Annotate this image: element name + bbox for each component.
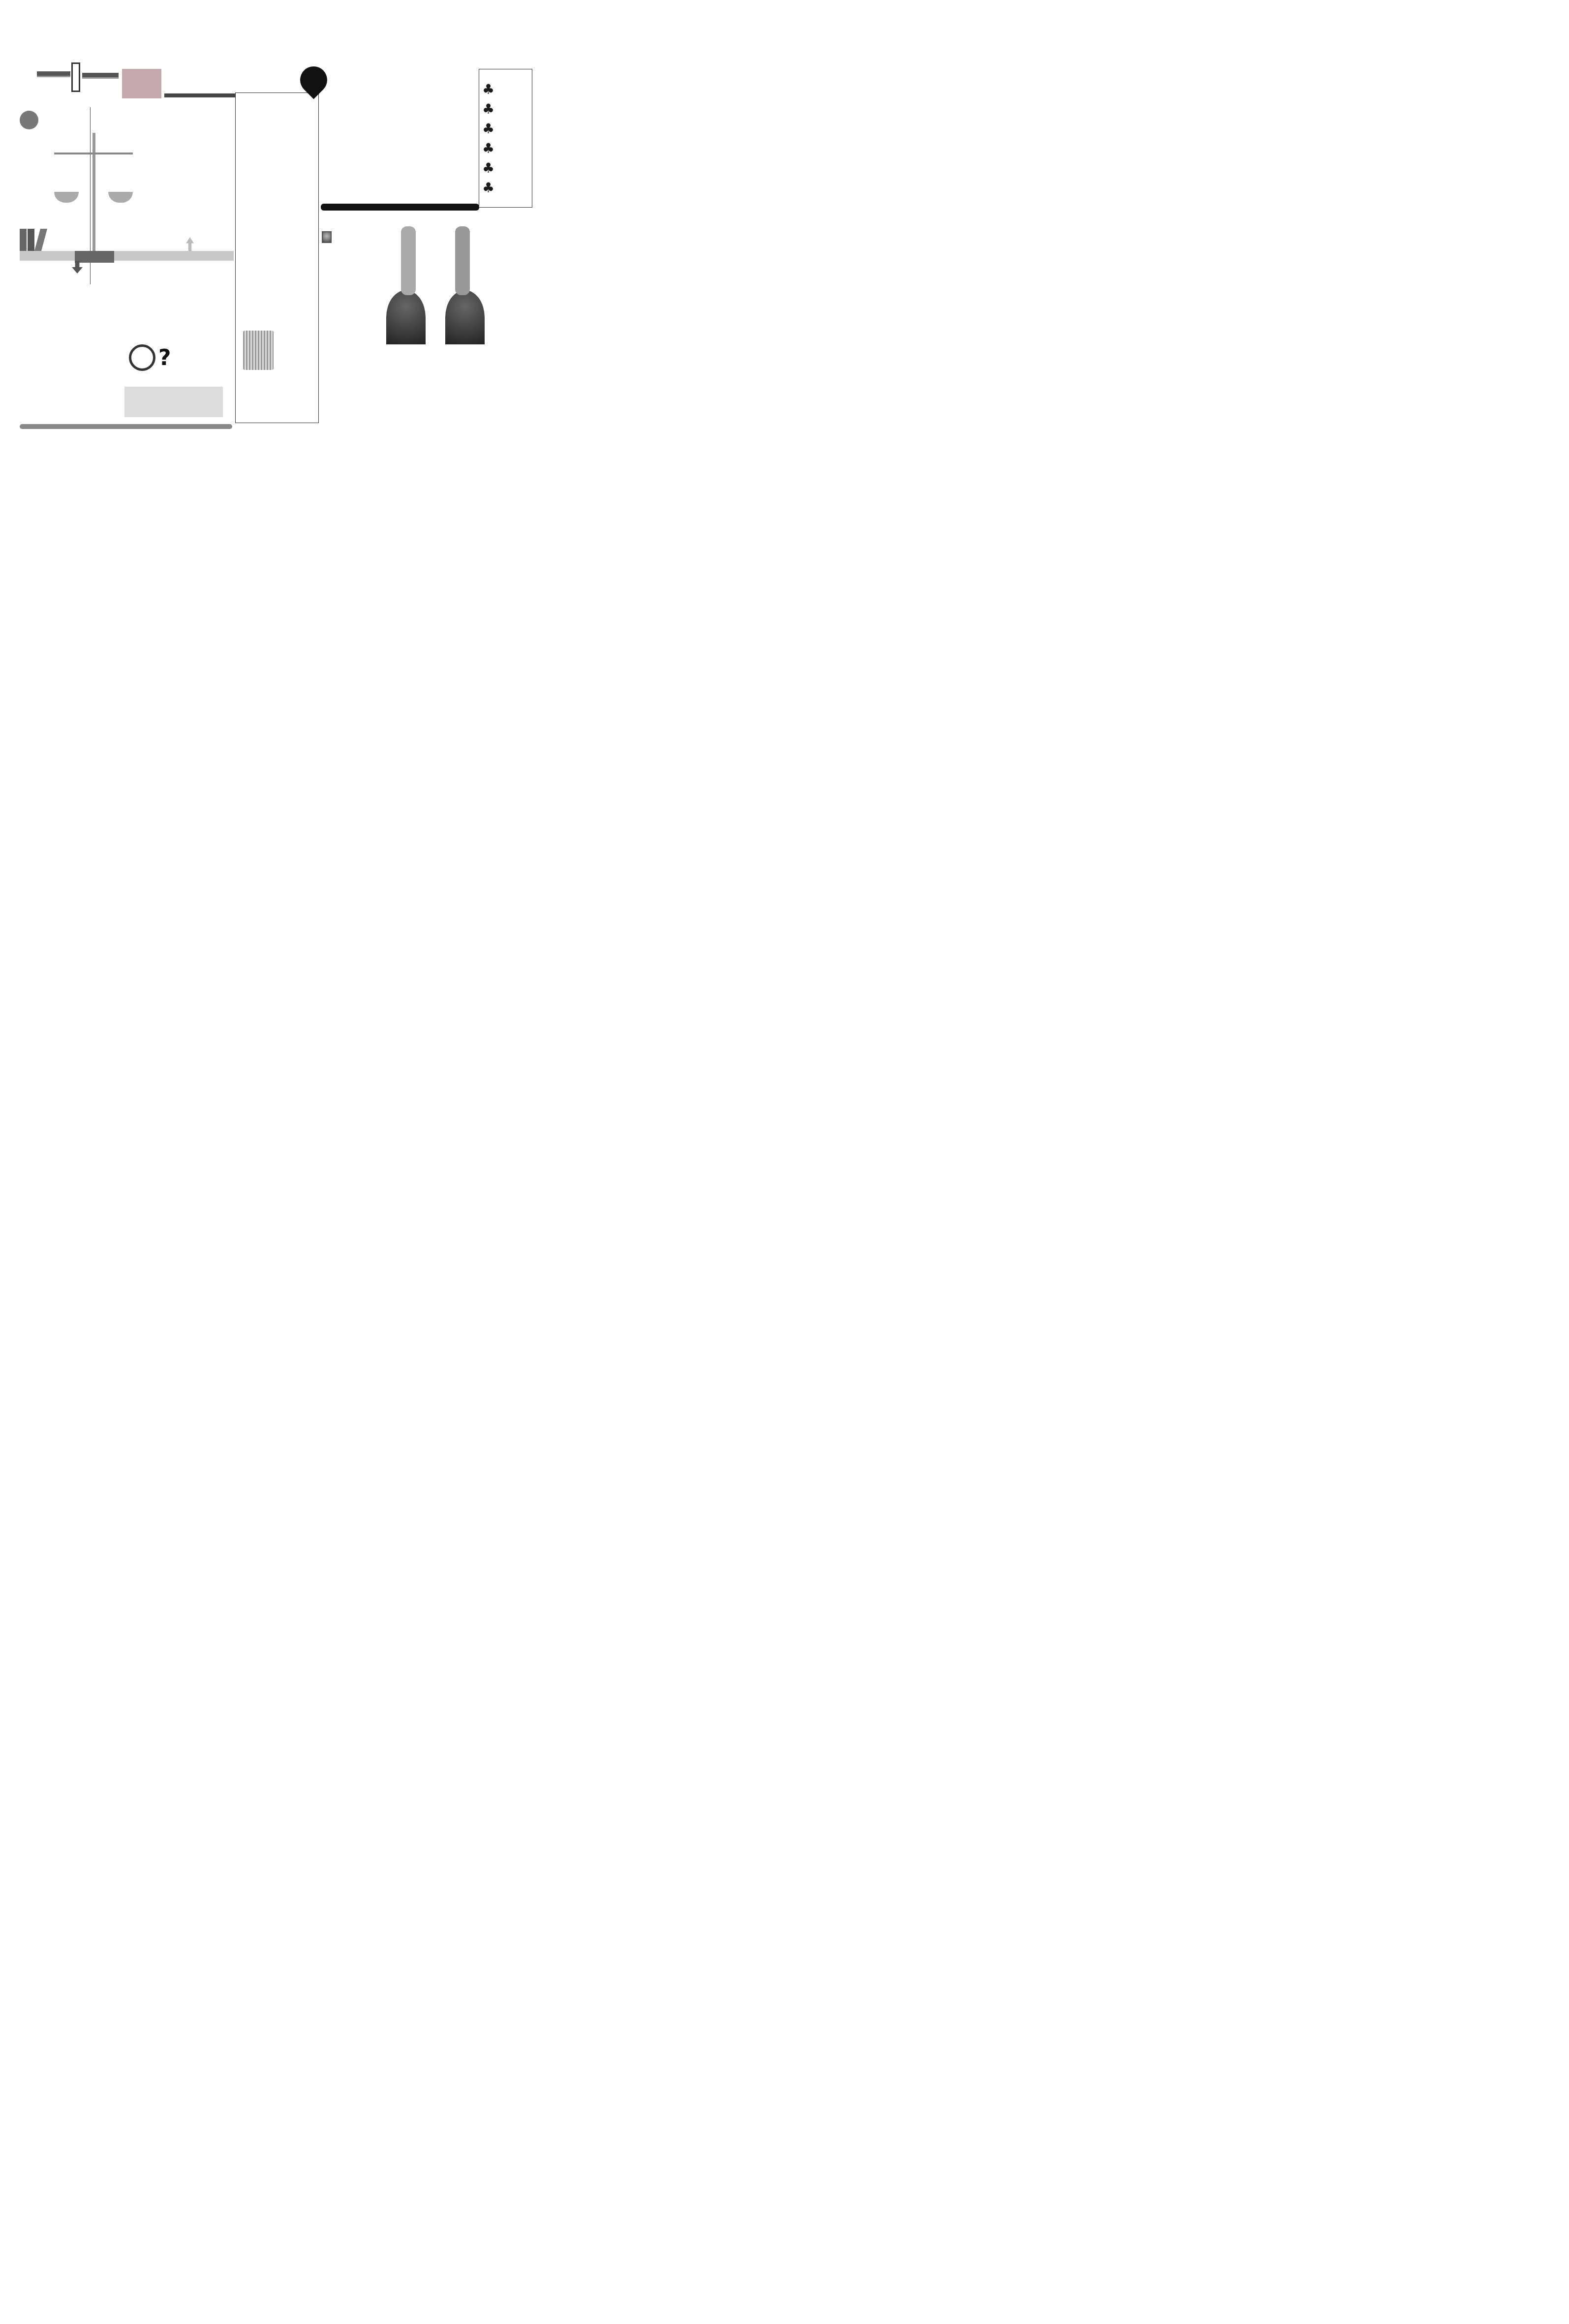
answer-block: [322, 256, 381, 335]
toc-item[interactable]: ♣: [482, 99, 529, 119]
qr-code: [243, 331, 274, 370]
article-column: [157, 284, 188, 348]
article-column: [124, 284, 154, 348]
story-text: [241, 130, 277, 209]
article-column: [87, 286, 117, 345]
banner-strip: [20, 251, 234, 261]
article-column: [53, 286, 84, 345]
article-column: [191, 284, 221, 348]
article-column: [20, 362, 49, 416]
magnifier-icon: [129, 344, 155, 371]
footer-bar-a4: [20, 424, 232, 429]
story-text: [241, 225, 277, 319]
header-rule: [82, 73, 119, 79]
banner-center-block: [75, 251, 114, 263]
header-rule: [37, 71, 70, 77]
toc-item[interactable]: ♣: [482, 119, 529, 138]
heart-logo-icon: [295, 64, 337, 106]
answer-block: [322, 339, 381, 443]
article-column: [127, 389, 156, 416]
article-column: [87, 362, 117, 416]
toc-item[interactable]: ♣: [482, 178, 529, 197]
masthead-rule: [321, 204, 479, 211]
answer-block: [465, 229, 534, 328]
toc-item[interactable]: ♣: [482, 79, 529, 99]
section-tab-a4: [122, 69, 161, 98]
toc-box: ♣ ♣ ♣ ♣ ♣ ♣: [479, 69, 532, 208]
toc-item[interactable]: ♣: [482, 158, 529, 178]
header-rule: [164, 93, 235, 97]
article-title: ?: [127, 344, 171, 371]
article-column: [53, 362, 84, 416]
article-column: [20, 286, 49, 345]
article-column: [192, 389, 221, 416]
toc-item[interactable]: ♣: [482, 138, 529, 158]
avatar: [322, 231, 332, 243]
issue-day: [71, 62, 80, 92]
article-column: [159, 389, 189, 416]
